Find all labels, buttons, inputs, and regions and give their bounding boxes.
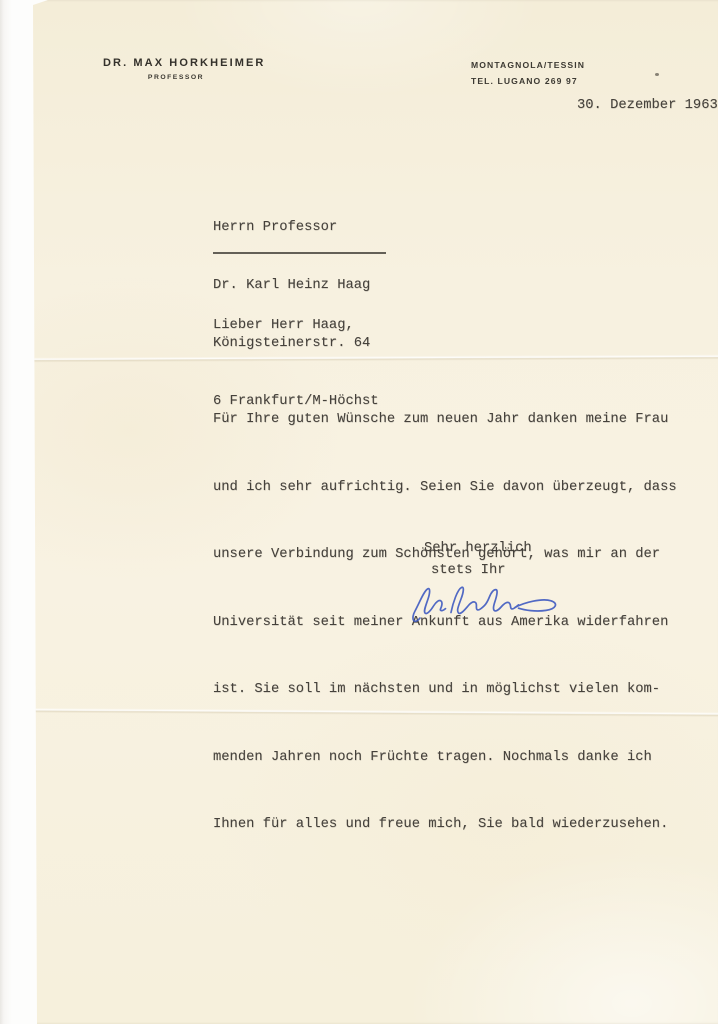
body-line: ist. Sie soll im nächsten und in möglich… — [213, 679, 677, 702]
letterhead-contact: MONTAGNOLA/TESSIN TEL. LUGANO 269 97 — [471, 57, 585, 89]
body-line: und ich sehr aufrichtig. Seien Sie davon… — [213, 477, 677, 500]
letterhead-name: DR. MAX HORKHEIMER — [103, 57, 265, 69]
closing-line-1: Sehr herzlich — [424, 541, 532, 556]
body-line: menden Jahren noch Früchte tragen. Nochm… — [213, 747, 677, 770]
ink-speck — [655, 73, 659, 76]
handwritten-signature — [410, 577, 566, 627]
closing-line-2: stets Ihr — [431, 563, 506, 578]
letterhead-place: MONTAGNOLA/TESSIN — [471, 57, 585, 73]
body-line: Für Ihre guten Wünsche zum neuen Jahr da… — [213, 409, 677, 432]
body-line: Ihnen für alles und freue mich, Sie bald… — [213, 814, 677, 837]
salutation: Lieber Herr Haag, — [213, 318, 354, 333]
recipient-line: Dr. Karl Heinz Haag — [213, 276, 379, 295]
address-underline — [213, 252, 386, 254]
recipient-line: Herrn Professor — [213, 218, 379, 237]
recipient-line: Königsteinerstr. 64 — [213, 334, 379, 353]
letter-date: 30. Dezember 1963 — [577, 98, 718, 113]
letterhead-phone: TEL. LUGANO 269 97 — [471, 73, 585, 89]
letterhead-title: PROFESSOR — [103, 74, 249, 81]
